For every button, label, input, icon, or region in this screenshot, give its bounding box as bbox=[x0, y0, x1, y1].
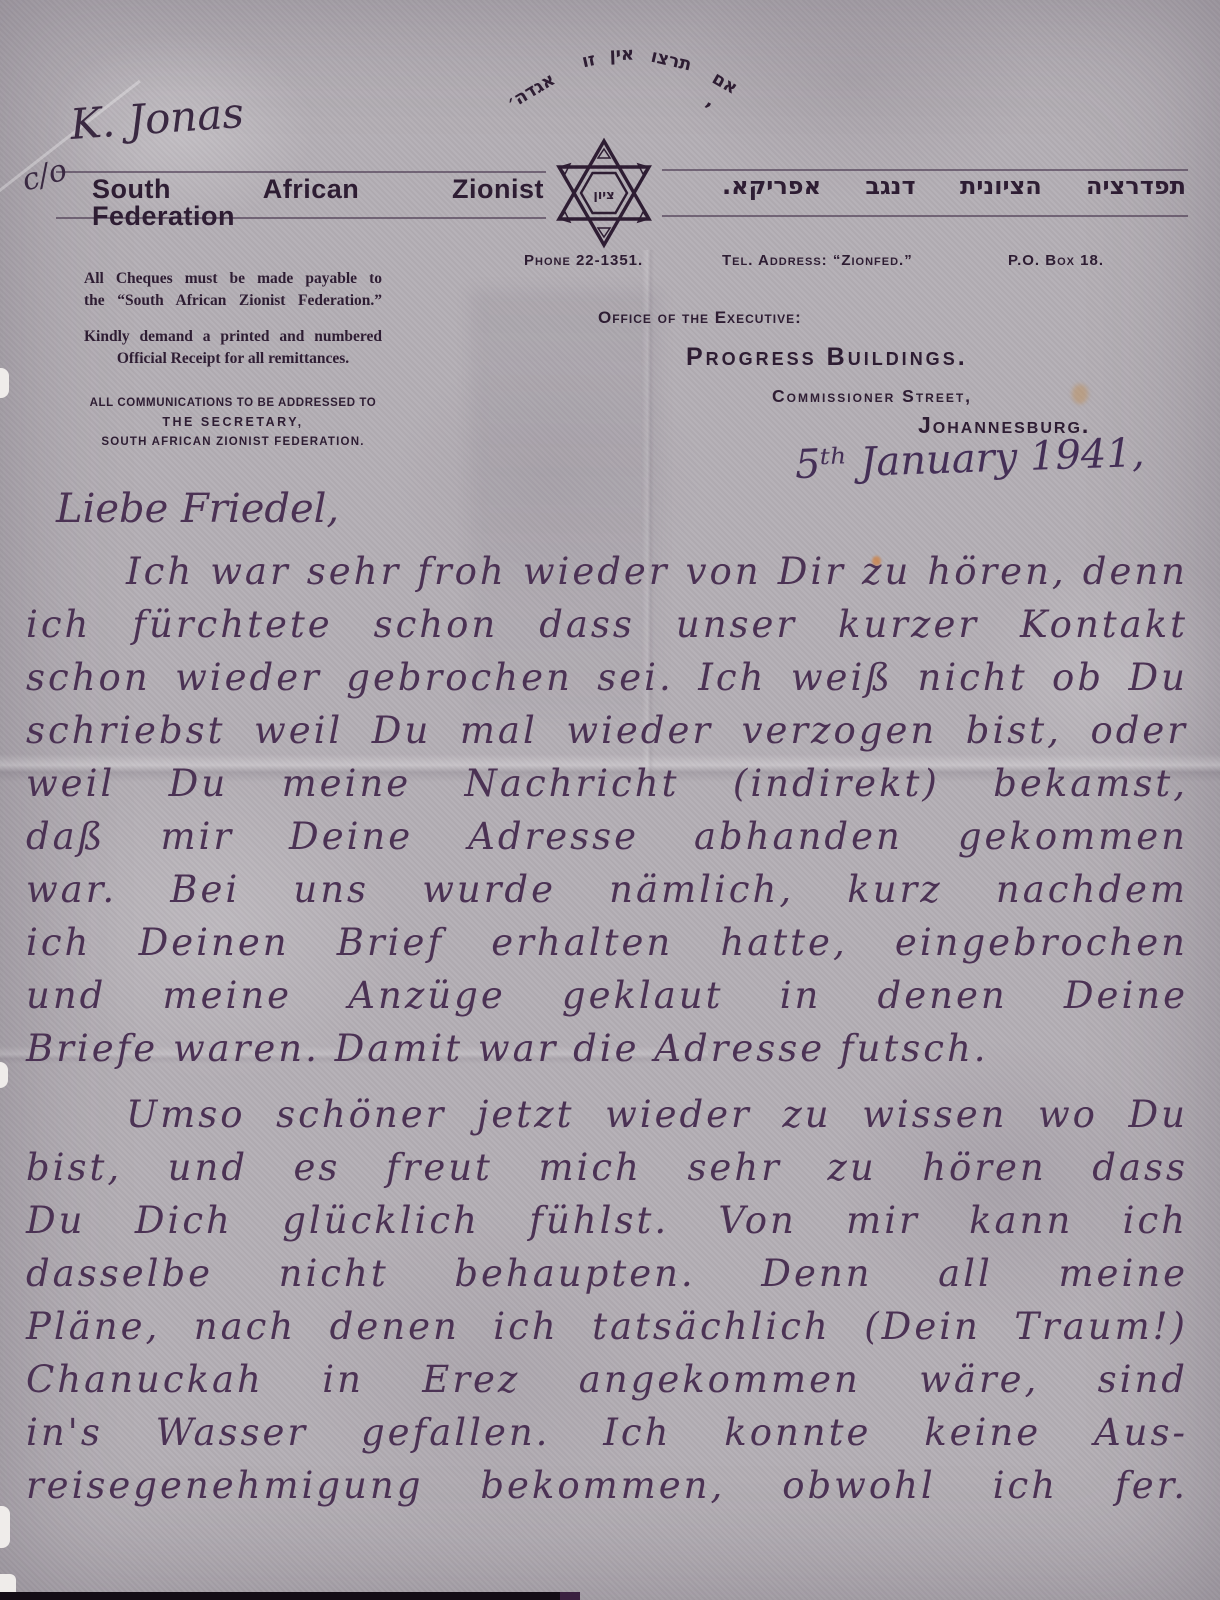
care-of-mark: c/o bbox=[18, 152, 71, 198]
edge-notch bbox=[0, 368, 9, 398]
office-building: Progress Buildings. bbox=[686, 343, 968, 372]
federation-line: SOUTH AFRICAN ZIONIST FEDERATION. bbox=[84, 432, 382, 452]
star-inner-triangles bbox=[560, 149, 648, 237]
handwritten-line: ich Deinen Brief erhalten hatte, eingebr… bbox=[26, 921, 1188, 974]
handwritten-line: schriebst weil Du mal wieder verzogen bi… bbox=[26, 709, 1188, 762]
handwritten-line: und meine Anzüge geklaut in denen Deine bbox=[26, 974, 1188, 1027]
handwritten-line: reisegenehmigung bekommen, obwohl ich fe… bbox=[26, 1464, 1188, 1517]
letter-page: אגדה׳ זו אין תרצו אם , צ bbox=[0, 0, 1220, 1600]
motto-word: זו bbox=[580, 49, 598, 72]
edge-notch bbox=[0, 1506, 10, 1548]
phone-number: Phone 22-1351. bbox=[524, 253, 643, 268]
handwritten-line: dasselbe nicht behaupten. Denn all meine bbox=[26, 1252, 1188, 1305]
handwritten-line: daß mir Deine Adresse abhanden gekommen bbox=[26, 815, 1188, 868]
motto-word: אם bbox=[708, 68, 741, 99]
handwritten-line: Umso schöner jetzt wieder zu wissen wo D… bbox=[26, 1093, 1188, 1146]
office-title: Office of the Executive: bbox=[598, 308, 802, 328]
office-street: Commissioner Street, bbox=[772, 386, 972, 407]
telegraphic-address: Tel. Address: “Zionfed.” bbox=[722, 253, 913, 268]
letter-body: Liebe Friedel, Ich war sehr froh wieder … bbox=[26, 486, 1188, 1517]
star-center-label: ציון bbox=[593, 188, 614, 203]
motto-word: אגדה׳ bbox=[503, 69, 558, 114]
paper-stain bbox=[1072, 384, 1088, 404]
cheque-notice-line: the “South African Zionist Federation.” bbox=[84, 290, 382, 312]
scan-edge-black-bar-tip bbox=[560, 1592, 580, 1600]
handwritten-line: Briefe waren. Damit war die Adresse futs… bbox=[26, 1027, 1188, 1080]
handwritten-line: Pläne, nach denen ich tatsächlich (Dein … bbox=[26, 1305, 1188, 1358]
handwritten-line: Chanuckah in Erez angekommen wäre, sind bbox=[26, 1358, 1188, 1411]
edge-notch bbox=[0, 1574, 16, 1594]
handwritten-sender-name: K. Jonas bbox=[69, 88, 246, 149]
motto-word: אין bbox=[609, 44, 634, 66]
handwritten-date: 5ᵗʰ January 1941, bbox=[794, 430, 1145, 488]
handwritten-line: ich fürchtete schon dass unser kurzer Ko… bbox=[26, 603, 1188, 656]
handwritten-line: in's Wasser gefallen. Ich konnte keine A… bbox=[26, 1411, 1188, 1464]
handwritten-line: war. Bei uns wurde nämlich, kurz nachdem bbox=[26, 868, 1188, 921]
scan-edge-black-bar bbox=[0, 1592, 578, 1600]
edge-notch bbox=[0, 1062, 8, 1088]
communications-notice-line: ALL COMMUNICATIONS TO BE ADDRESSED TO bbox=[84, 394, 382, 412]
po-box: P.O. Box 18. bbox=[1008, 253, 1104, 268]
handwritten-line: weil Du meine Nachricht (indirekt) bekam… bbox=[26, 762, 1188, 815]
salutation: Liebe Friedel, bbox=[26, 486, 1188, 550]
star-of-david-icon bbox=[559, 141, 649, 245]
handwritten-line: schon wieder gebrochen sei. Ich weiß nic… bbox=[26, 656, 1188, 709]
receipt-notice-line: Kindly demand a printed and numbered bbox=[84, 326, 382, 348]
secretary-line: THE SECRETARY, bbox=[84, 412, 382, 432]
org-name-english: South African Zionist Federation bbox=[92, 176, 544, 230]
payment-notice-block: All Cheques must be made payable to the … bbox=[84, 268, 382, 452]
motto-comma: , bbox=[703, 90, 719, 112]
motto-word: תרצו bbox=[649, 46, 694, 76]
handwritten-line: Du Dich glücklich fühlst. Von mir kann i… bbox=[26, 1199, 1188, 1252]
cheque-notice-line: All Cheques must be made payable to bbox=[84, 268, 382, 290]
hebrew-motto-arc: אגדה׳ זו אין תרצו אם , bbox=[503, 44, 741, 114]
handwritten-line: bist, und es freut mich sehr zu hören da… bbox=[26, 1146, 1188, 1199]
handwritten-line: Ich war sehr froh wieder von Dir zu höre… bbox=[26, 550, 1188, 603]
org-name-hebrew: תפדרציה הציונית דנגב אפריקא. bbox=[722, 174, 1186, 198]
receipt-notice-line: Official Receipt for all remittances. bbox=[84, 348, 382, 370]
